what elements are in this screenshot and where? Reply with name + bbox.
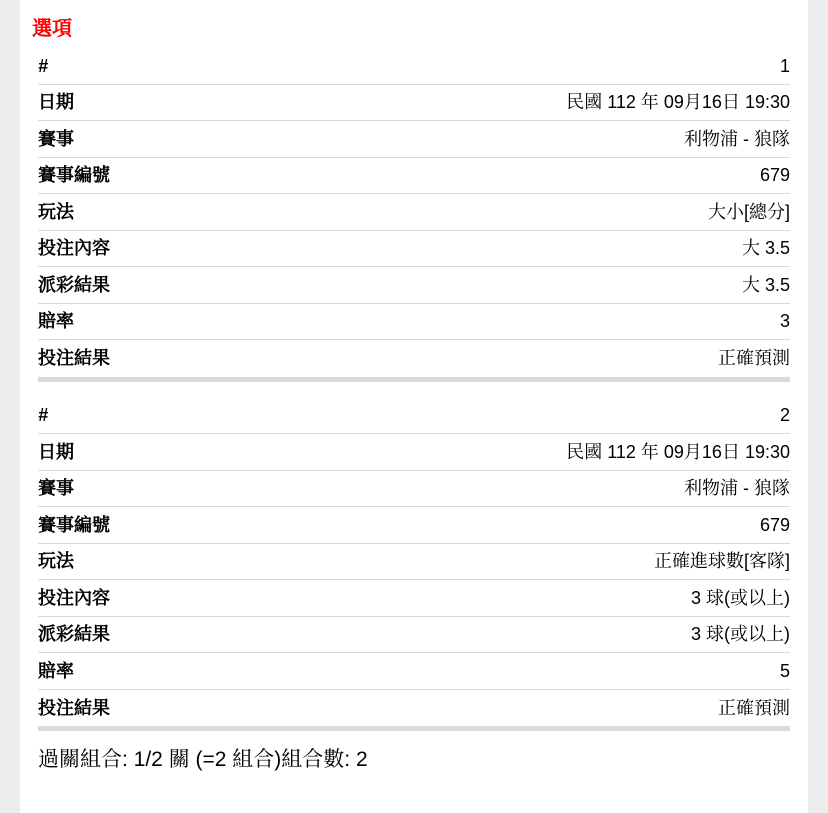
page-title: 選項 bbox=[32, 17, 796, 41]
row-label: 賠率 bbox=[38, 303, 74, 340]
row-label: 賽事 bbox=[38, 121, 74, 158]
table-row: # 2 bbox=[38, 398, 790, 435]
row-label: 投注內容 bbox=[38, 230, 110, 267]
table-row: 賽事編號 679 bbox=[38, 158, 790, 195]
row-value: 3 bbox=[780, 303, 790, 340]
row-label: 日期 bbox=[38, 84, 74, 121]
row-value: 大小[總分] bbox=[708, 194, 790, 231]
row-label: 投注結果 bbox=[38, 340, 110, 377]
row-value: 679 bbox=[760, 157, 790, 194]
table-row: 派彩結果 大 3.5 bbox=[38, 267, 790, 304]
table-row: 賽事編號 679 bbox=[38, 507, 790, 544]
row-value: 2 bbox=[780, 397, 790, 434]
row-label: 投注內容 bbox=[38, 580, 110, 617]
row-value: 679 bbox=[760, 507, 790, 544]
bet-slip-panel: 選項 # 1 日期 民國 112 年 09月16日 19:30 賽事 利物浦 -… bbox=[20, 0, 808, 813]
table-row: 投注內容 3 球(或以上) bbox=[38, 580, 790, 617]
table-row: 玩法 大小[總分] bbox=[38, 194, 790, 231]
row-label: # bbox=[38, 397, 48, 434]
row-value: 民國 112 年 09月16日 19:30 bbox=[566, 84, 790, 121]
table-row: 日期 民國 112 年 09月16日 19:30 bbox=[38, 434, 790, 471]
table-row: 賽事 利物浦 - 狼隊 bbox=[38, 121, 790, 158]
table-row: 賽事 利物浦 - 狼隊 bbox=[38, 471, 790, 508]
row-value: 正確預測 bbox=[718, 690, 790, 727]
table-row: 投注內容 大 3.5 bbox=[38, 231, 790, 268]
row-value: 利物浦 - 狼隊 bbox=[684, 470, 790, 507]
table-row: 賠率 3 bbox=[38, 304, 790, 341]
row-value: 3 球(或以上) bbox=[691, 616, 790, 653]
row-value: 正確進球數[客隊] bbox=[654, 543, 790, 580]
table-row: # 1 bbox=[38, 48, 790, 85]
row-value: 利物浦 - 狼隊 bbox=[684, 121, 790, 158]
table-row: 日期 民國 112 年 09月16日 19:30 bbox=[38, 85, 790, 122]
row-value: 正確預測 bbox=[718, 340, 790, 377]
table-row: 賠率 5 bbox=[38, 653, 790, 690]
table-row: 玩法 正確進球數[客隊] bbox=[38, 544, 790, 581]
row-value: 5 bbox=[780, 653, 790, 690]
row-value: 3 球(或以上) bbox=[691, 580, 790, 617]
row-label: 投注結果 bbox=[38, 690, 110, 727]
row-label: 派彩結果 bbox=[38, 616, 110, 653]
bet-record-table: # 1 日期 民國 112 年 09月16日 19:30 賽事 利物浦 - 狼隊… bbox=[38, 48, 790, 382]
table-row: 派彩結果 3 球(或以上) bbox=[38, 617, 790, 654]
row-label: 玩法 bbox=[38, 543, 74, 580]
row-label: 玩法 bbox=[38, 194, 74, 231]
table-row: 投注結果 正確預測 bbox=[38, 690, 790, 727]
row-label: 派彩結果 bbox=[38, 267, 110, 304]
row-label: 賽事編號 bbox=[38, 507, 110, 544]
table-row: 投注結果 正確預測 bbox=[38, 340, 790, 377]
row-value: 民國 112 年 09月16日 19:30 bbox=[566, 434, 790, 471]
row-label: 賽事 bbox=[38, 470, 74, 507]
bet-tables-container: # 1 日期 民國 112 年 09月16日 19:30 賽事 利物浦 - 狼隊… bbox=[20, 48, 808, 731]
row-label: # bbox=[38, 48, 48, 85]
row-value: 1 bbox=[780, 48, 790, 85]
row-label: 賠率 bbox=[38, 653, 74, 690]
row-value: 大 3.5 bbox=[742, 230, 790, 267]
bet-record-table: # 2 日期 民國 112 年 09月16日 19:30 賽事 利物浦 - 狼隊… bbox=[38, 398, 790, 732]
parlay-summary: 過關組合: 1/2 關 (=2 組合)組合數: 2 bbox=[38, 746, 790, 774]
row-value: 大 3.5 bbox=[742, 267, 790, 304]
row-label: 日期 bbox=[38, 434, 74, 471]
row-label: 賽事編號 bbox=[38, 157, 110, 194]
